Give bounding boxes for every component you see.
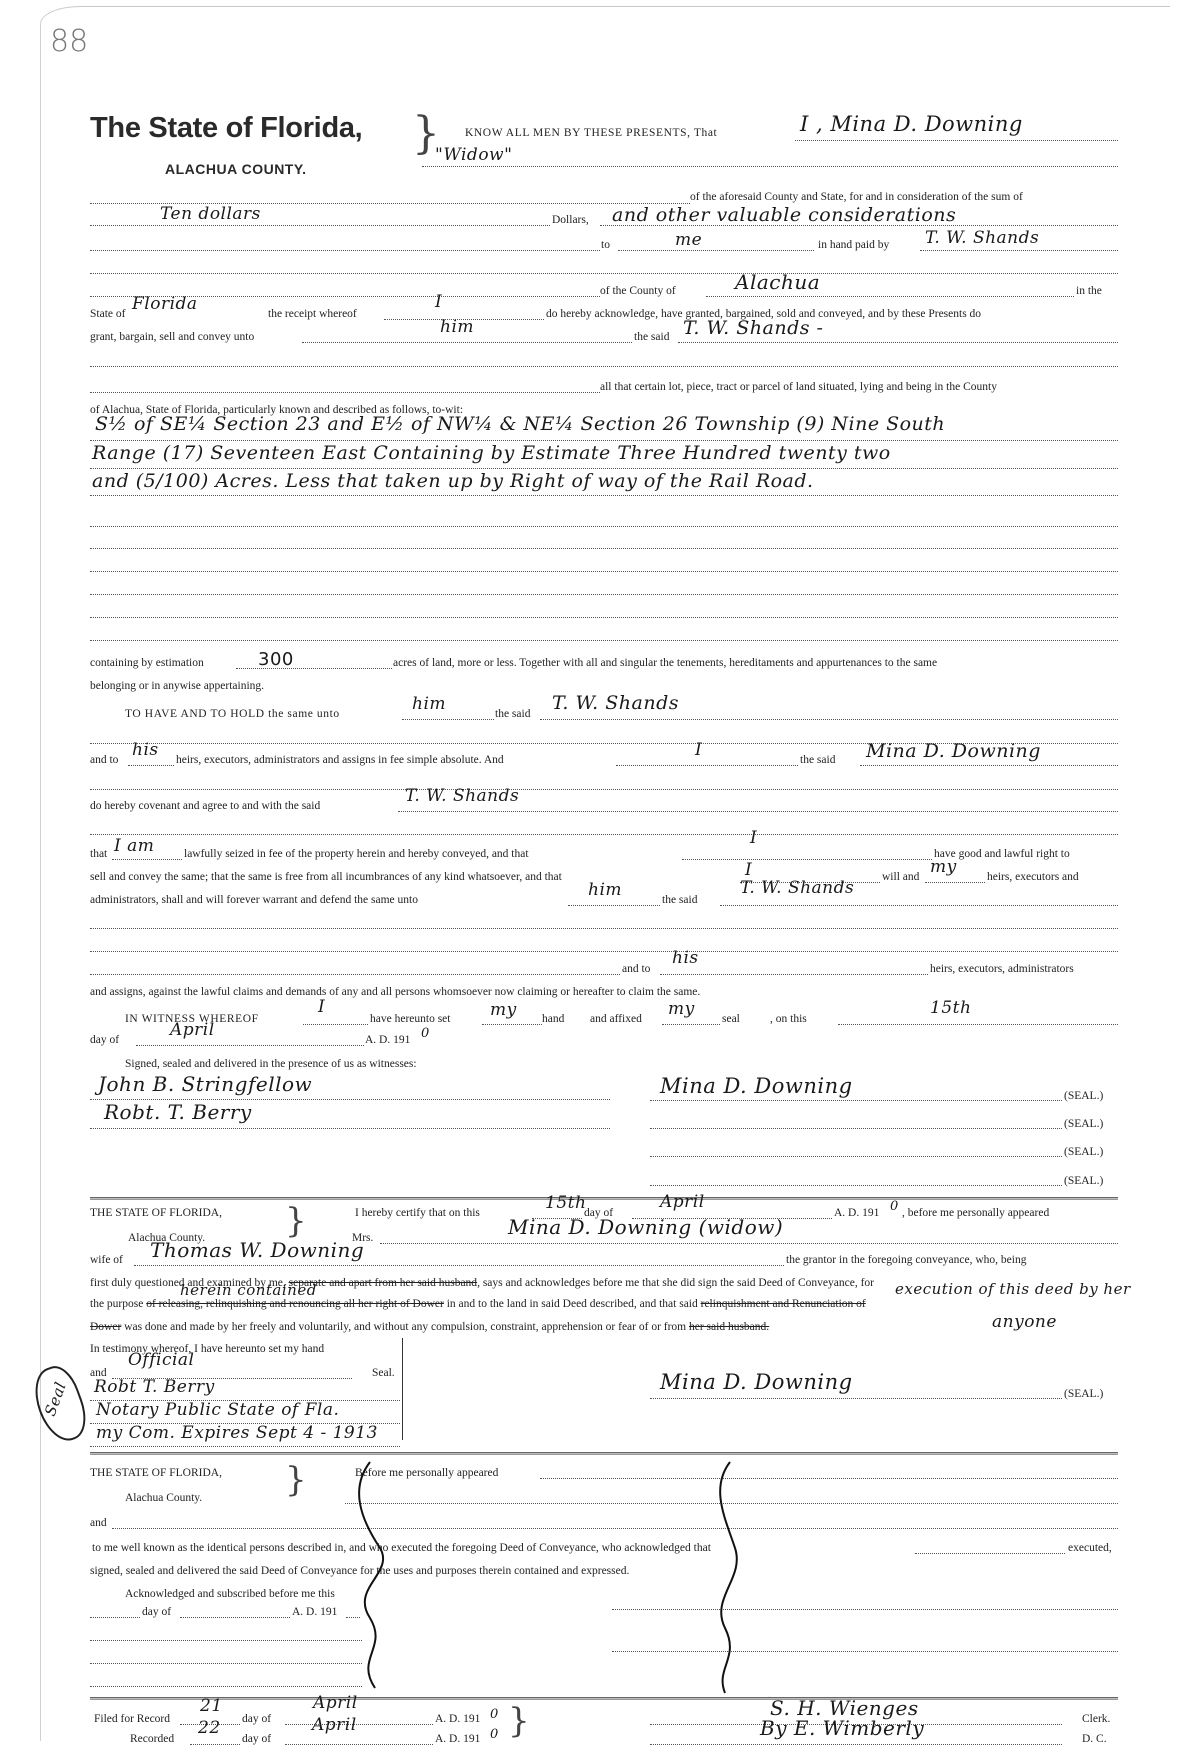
grantor-status: "Widow" — [435, 145, 512, 165]
ack-party: Mina D. Downing (widow) — [508, 1215, 783, 1239]
says-text: , says and acknowledges before me that s… — [477, 1277, 874, 1289]
affixed-label: and affixed — [590, 1013, 642, 1025]
belonging-text: belonging or in anywise appertaining. — [90, 680, 264, 692]
second-and-label: and — [90, 1517, 107, 1529]
sum-amount: Ten dollars — [160, 204, 261, 224]
second-ack-state: THE STATE OF FLORIDA, — [90, 1467, 222, 1479]
state-name: Florida — [132, 294, 198, 314]
covenant-grantee: T. W. Shands — [405, 786, 519, 806]
seized-party: I — [750, 828, 757, 848]
seized-text: lawfully seized in fee of the property h… — [184, 848, 529, 860]
county-heading: ALACHUA COUNTY. — [165, 161, 307, 177]
other-consideration: and other valuable considerations — [612, 204, 956, 226]
and-to-label: and to — [90, 754, 118, 766]
struck-husband-text: separate and apart from her said husband — [289, 1277, 477, 1289]
signed-text: Signed, sealed and delivered in the pres… — [125, 1058, 417, 1070]
ack-ad: A. D. 191 — [834, 1207, 879, 1219]
ack-brace: } — [285, 1204, 307, 1238]
notary-title: Notary Public State of Fla. — [96, 1400, 339, 1420]
purpose-text: the purpose — [90, 1298, 143, 1310]
in-the-label: in the — [1076, 285, 1102, 297]
heirs-exec-text: heirs, executors and — [987, 871, 1079, 883]
clerk-label: Clerk. — [1082, 1713, 1110, 1725]
containing-label: containing by estimation — [90, 657, 204, 669]
all-that-text: all that certain lot, piece, tract or pa… — [600, 381, 997, 393]
habendum-grantor: Mina D. Downing — [866, 740, 1041, 762]
deputy-clerk-signature: By E. Wimberly — [760, 1716, 924, 1740]
ad-label: A. D. 191 — [365, 1034, 410, 1046]
and-to-party: his — [132, 740, 159, 760]
insert-execution: execution of this deed by her — [895, 1280, 1131, 1298]
ack-signature: Mina D. Downing — [660, 1370, 853, 1394]
grantor-name: I , Mina D. Downing — [800, 112, 1023, 136]
day-of-label: day of — [90, 1034, 119, 1046]
county-name: Alachua — [735, 270, 820, 294]
struck-dower-text: of releasing, relinquishing and renounci… — [146, 1298, 444, 1310]
second-ack-brace: } — [285, 1463, 307, 1497]
witness-1-signature: John B. Stringfellow — [98, 1072, 312, 1096]
known-text: to me well known as the identical person… — [92, 1542, 711, 1554]
land-description-line-3: and (5/100) Acres. Less that taken up by… — [92, 470, 814, 492]
was-done-line: Dower was done and made by her freely an… — [90, 1321, 769, 1333]
county-label: of the County of — [600, 285, 676, 297]
to-have-text: TO HAVE AND TO HOLD the same unto — [125, 708, 340, 720]
struck-dower-2: Dower — [90, 1321, 121, 1333]
intro-text: KNOW ALL MEN BY THESE PRESENTS, That — [465, 127, 717, 139]
witness-year: 0 — [421, 1026, 430, 1041]
the-said-label: the said — [800, 754, 835, 766]
filed-label: Filed for Record — [94, 1713, 170, 1725]
paid-by-label: in hand paid by — [818, 239, 889, 251]
ack-seal-label: (SEAL.) — [1064, 1388, 1103, 1400]
section-divider-1 — [90, 1197, 1118, 1200]
recorded-day-of: day of — [242, 1733, 271, 1745]
heirs-text: heirs, executors, administrators and ass… — [176, 754, 504, 766]
witness-party: I — [318, 997, 325, 1017]
will-and-label: will and — [882, 871, 919, 883]
dollars-label: Dollars, — [552, 214, 589, 226]
ack-day: 15th — [545, 1193, 586, 1213]
land-description-line-2: Range (17) Seventeen East Containing by … — [92, 442, 891, 464]
recorded-year: 0 — [490, 1727, 499, 1742]
section-divider-3 — [90, 1697, 1118, 1700]
recorded-label: Recorded — [130, 1733, 174, 1745]
recorded-day: 22 — [198, 1718, 221, 1738]
and-party: I — [695, 740, 702, 760]
ack-month: April — [660, 1192, 705, 1212]
receipt-party: I — [435, 292, 442, 312]
hand-party: my — [490, 1000, 517, 1020]
section-divider-2 — [90, 1452, 1118, 1455]
hand-label: hand — [542, 1013, 564, 1025]
grantee-name: T. W. Shands - — [683, 317, 823, 339]
affixed-party: my — [668, 999, 695, 1019]
husband-name: Thomas W. Downing — [150, 1238, 364, 1262]
covenant-text: do hereby covenant and agree to and with… — [90, 800, 320, 812]
ack-year: 0 — [890, 1199, 899, 1214]
insert-anyone: anyone — [992, 1312, 1057, 1332]
notary-seal-label: Seal. — [372, 1367, 395, 1379]
sell-text: sell and convey the same; that the same … — [90, 871, 562, 883]
dc-label: D. C. — [1082, 1733, 1107, 1745]
admins-text: administrators, shall and will forever w… — [90, 894, 418, 906]
on-this-label: , on this — [770, 1013, 807, 1025]
filed-month: April — [313, 1693, 358, 1713]
sell-party: I — [745, 860, 752, 880]
land-description-line-1: S½ of SE¼ Section 23 and E½ of NW¼ & NE¼… — [95, 413, 945, 435]
before-me-text: , before me personally appeared — [902, 1207, 1049, 1219]
filed-ad: A. D. 191 — [435, 1713, 480, 1725]
recorded-ad: A. D. 191 — [435, 1733, 480, 1745]
admins-party: him — [588, 880, 622, 900]
seal-label-2: (SEAL.) — [1064, 1118, 1103, 1130]
recording-brace: } — [508, 1704, 530, 1738]
seal-label: seal — [722, 1013, 740, 1025]
second-ad: A. D. 191 — [292, 1606, 337, 1618]
certify-text: I hereby certify that on this — [355, 1207, 480, 1219]
testimony-text: In testimony whereof, I have hereunto se… — [90, 1343, 324, 1355]
said-label-2: the said — [495, 708, 530, 720]
habendum-grantee: T. W. Shands — [552, 692, 679, 714]
second-day-of: day of — [142, 1606, 171, 1618]
grantor-signature: Mina D. Downing — [660, 1074, 853, 1098]
purpose-line: the purpose of releasing, relinquishing … — [90, 1298, 866, 1310]
official-seal: Official — [128, 1350, 195, 1370]
that-label: that — [90, 848, 107, 860]
notary-bracket — [402, 1338, 404, 1440]
consideration-text: of the aforesaid County and State, for a… — [690, 191, 1023, 203]
said-label: the said — [634, 331, 669, 343]
that-party: I am — [114, 836, 154, 856]
will-party: my — [930, 857, 957, 877]
filed-day-of: day of — [242, 1713, 271, 1725]
insert-herein-contained: herein contained — [180, 1281, 317, 1299]
notary-name: Robt T. Berry — [94, 1377, 215, 1397]
cancellation-squiggle-left — [340, 1458, 400, 1698]
acres-value: 300 — [258, 649, 294, 670]
struck-husband-2: her said husband. — [689, 1321, 769, 1333]
assigns-text: and assigns, against the lawful claims a… — [90, 986, 700, 998]
the-said-label-2: the said — [662, 894, 697, 906]
notary-commission: my Com. Expires Sept 4 - 1913 — [96, 1423, 378, 1443]
recorded-month: April — [312, 1715, 357, 1735]
heirs-text-2: heirs, executors, administrators — [930, 963, 1074, 975]
to-label: to — [601, 239, 610, 251]
second-ack-county: Alachua County. — [125, 1492, 202, 1504]
seal-label-4: (SEAL.) — [1064, 1175, 1103, 1187]
paid-by-name: T. W. Shands — [925, 228, 1039, 248]
state-label: State of — [90, 308, 125, 320]
was-done-text: was done and made by her freely and volu… — [124, 1321, 686, 1333]
grantor-text: the grantor in the foregoing conveyance,… — [786, 1254, 1026, 1266]
executed-label: executed, — [1068, 1542, 1112, 1554]
filed-year: 0 — [490, 1707, 499, 1722]
filed-day: 21 — [200, 1696, 223, 1716]
wife-of-label: wife of — [90, 1254, 123, 1266]
seal-label-3: (SEAL.) — [1064, 1146, 1103, 1158]
cancellation-squiggle-right — [700, 1458, 760, 1698]
page-number: 88 — [50, 24, 88, 59]
grant-party: him — [440, 317, 474, 337]
document-title: The State of Florida, — [90, 112, 362, 145]
witness-day: 15th — [930, 998, 971, 1018]
in-and-to-text: in and to the land in said Deed describe… — [447, 1298, 698, 1310]
and-to-label-2: and to — [622, 963, 650, 975]
witness-month: April — [170, 1020, 215, 1040]
have-set-text: have hereunto set — [370, 1013, 450, 1025]
to-party: me — [675, 230, 702, 250]
grant-label: grant, bargain, sell and convey unto — [90, 331, 254, 343]
acknowledged-text: Acknowledged and subscribed before me th… — [125, 1588, 335, 1600]
and-to-party-2: his — [672, 948, 699, 968]
ack-state: THE STATE OF FLORIDA, — [90, 1207, 222, 1219]
struck-relinquishment: relinquishment and Renunciation of — [701, 1298, 866, 1310]
warranty-grantee: T. W. Shands — [740, 878, 854, 898]
acres-text: acres of land, more or less. Together wi… — [393, 657, 937, 669]
habendum-unto: him — [412, 694, 446, 714]
receipt-label: the receipt whereof — [268, 308, 357, 320]
seal-label-1: (SEAL.) — [1064, 1090, 1103, 1102]
witness-2-signature: Robt. T. Berry — [104, 1100, 252, 1124]
